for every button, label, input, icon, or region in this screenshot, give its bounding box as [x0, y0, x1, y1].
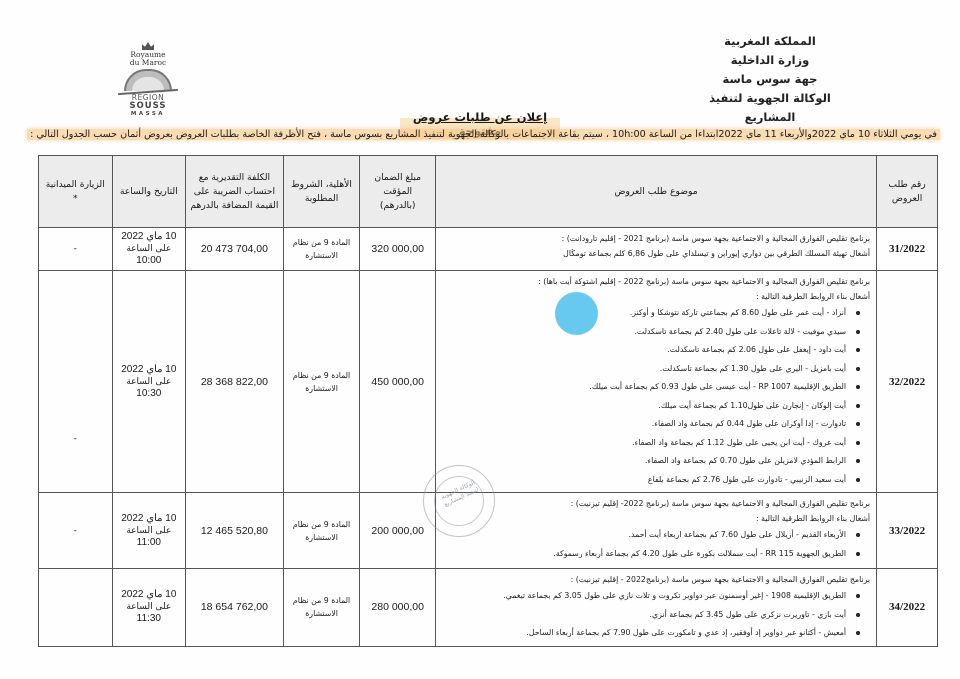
- table-row: 31/2022 برنامج تقليص الفوارق المجالية و …: [39, 228, 938, 271]
- scanned-document-page: المملكة المغربية وزارة الداخلية جهة سوس …: [0, 0, 960, 679]
- time-text: 11:30: [117, 613, 182, 625]
- visit-cell: -: [39, 271, 113, 493]
- date-text: 10 ماي 2022: [117, 364, 182, 376]
- header-line-ministry: وزارة الداخلية: [695, 51, 845, 70]
- works-line: أشغال تهيئة المسلك الطرقي بين دواري إيور…: [442, 246, 870, 261]
- header-subject: موضوع طلب العروض: [436, 156, 877, 228]
- datetime-cell: 10 ماي 2022 على الساعة 10:30: [112, 271, 186, 493]
- list-item: أنزاد - أيت عمر على طول 8.60 كم بجماعتي …: [442, 304, 864, 323]
- list-item: الأربعاء القديم - أزيلال على طول 7.60 كم…: [442, 526, 864, 545]
- road-list: الطريق الإقليمية 1908 - إغير أوسمنون عبر…: [442, 587, 870, 643]
- official-stamp: الوكالة الجهوية لتنفيذ المشاريع: [423, 465, 495, 537]
- works-line: أشغال بناء الروابط الطرقية التالية :: [442, 511, 870, 526]
- ref-cell: 32/2022: [877, 271, 938, 493]
- list-item: الطريق الإقليمية RP 1007 - أيت عيسى على …: [442, 378, 864, 397]
- visit-cell: -: [39, 228, 113, 271]
- table-row: 34/2022 برنامج تقليص الفوارق المجالية و …: [39, 569, 938, 647]
- intro-paragraph: في يومي الثلاثاء 10 ماي 2022والأربعاء 11…: [22, 127, 940, 143]
- header-eligibility: الأهلية، الشروط المطلوبة: [283, 156, 360, 228]
- date-text: 10 ماي 2022: [117, 513, 182, 525]
- header-datetime: التاريخ والساعة: [112, 156, 186, 228]
- road-list: الأربعاء القديم - أزيلال على طول 7.60 كم…: [442, 526, 870, 563]
- time-text: 10:30: [117, 388, 182, 400]
- list-item: تادوارت - إدا أوكران على طول 0.44 كم بجم…: [442, 415, 864, 434]
- ref-cell: 31/2022: [877, 228, 938, 271]
- header-visit: الزيارة الميدانية *: [39, 156, 113, 228]
- guarantee-cell: 320 000,00: [360, 228, 436, 271]
- guarantee-cell: 450 000,00: [360, 271, 436, 493]
- subject-cell: برنامج تقليص الفوارق المجالية و الاجتماع…: [436, 271, 877, 493]
- eligibility-cell: المادة 9 من نظام الاستشارة: [283, 271, 360, 493]
- eligibility-cell: المادة 9 من نظام الاستشارة: [283, 569, 360, 647]
- header-guarantee: مبلغ الضمان المؤقت (بالدرهم): [360, 156, 436, 228]
- list-item: أيت عروك - أيت ابن يحيى على طول 1.12 كم …: [442, 434, 864, 453]
- at-text: على الساعة: [117, 525, 182, 537]
- stamp-text: الوكالة الجهوية لتنفيذ المشاريع: [437, 477, 484, 510]
- list-item: الطريق الجهوية RR 115 - أيت سملالت بكورة…: [442, 545, 864, 564]
- table-row: 32/2022 برنامج تقليص الفوارق المجالية و …: [39, 271, 938, 493]
- table-header-row: رقم طلب العروض موضوع طلب العروض مبلغ الض…: [39, 156, 938, 228]
- list-item: أيت إلوكان - إنجارن على طول1.10 كم بجماع…: [442, 397, 864, 416]
- program-line: برنامج تقليص الفوارق المجالية و الاجتماع…: [442, 496, 870, 511]
- arch-icon: [124, 69, 172, 91]
- at-text: على الساعة: [117, 243, 182, 255]
- subject-cell: برنامج تقليص الفوارق المجالية و الاجتماع…: [436, 569, 877, 647]
- blue-circle-marker: [555, 292, 598, 335]
- guarantee-cell: 280 000,00: [360, 569, 436, 647]
- eligibility-cell: المادة 9 من نظام الاستشارة: [283, 493, 360, 569]
- program-line: برنامج تقليص الفوارق المجالية و الاجتماع…: [442, 274, 870, 289]
- header-cost: الكلفة التقديرية مع احتساب الضريبة على ا…: [186, 156, 284, 228]
- header-line-region: جهة سوس ماسة: [695, 70, 845, 89]
- cost-cell: 20 473 704,00: [186, 228, 284, 271]
- program-line: برنامج تقليص الفوارق المجالية و الاجتماع…: [442, 231, 870, 246]
- date-text: 10 ماي 2022: [117, 589, 182, 601]
- road-list: أنزاد - أيت عمر على طول 8.60 كم بجماعتي …: [442, 304, 870, 489]
- intro-text: في يومي الثلاثاء 10 ماي 2022والأربعاء 11…: [27, 129, 940, 140]
- region-logo: Royaume du Maroc RÉGION SOUSS MASSA: [108, 42, 188, 108]
- ref-cell: 34/2022: [877, 569, 938, 647]
- datetime-cell: 10 ماي 2022 على الساعة 10:00: [112, 228, 186, 271]
- time-text: 11:00: [117, 537, 182, 549]
- ref-cell: 33/2022: [877, 493, 938, 569]
- list-item: سيدي موفيت - لالة تاعلات على طول 2.40 كم…: [442, 323, 864, 342]
- program-line: برنامج تقليص الفوارق المجالية و الاجتماع…: [442, 572, 870, 587]
- cost-cell: 12 465 520,80: [186, 493, 284, 569]
- list-item: أيت داود - إيغفل على طول 2.06 كم بجماعة …: [442, 341, 864, 360]
- list-item: الرابط المؤدي لامزيلن على طول 0.70 كم بج…: [442, 452, 864, 471]
- datetime-cell: 10 ماي 2022 على الساعة 11:30: [112, 569, 186, 647]
- logo-kingdom-line2: du Maroc: [108, 59, 188, 67]
- header-ref: رقم طلب العروض: [877, 156, 938, 228]
- list-item: أيت بامزيل - اليري على طول 1.30 كم بجماع…: [442, 360, 864, 379]
- subject-cell: برنامج تقليص الفوارق المجالية و الاجتماع…: [436, 493, 877, 569]
- visit-cell: [39, 569, 113, 647]
- list-item: أمعيش - أكتانو عبر دواوير إد أوفقير، إد …: [442, 624, 864, 643]
- government-header: المملكة المغربية وزارة الداخلية جهة سوس …: [695, 32, 845, 127]
- cost-cell: 28 368 822,00: [186, 271, 284, 493]
- tenders-table: رقم طلب العروض موضوع طلب العروض مبلغ الض…: [38, 155, 938, 647]
- datetime-cell: 10 ماي 2022 على الساعة 11:00: [112, 493, 186, 569]
- date-text: 10 ماي 2022: [117, 231, 182, 243]
- header-line-kingdom: المملكة المغربية: [695, 32, 845, 51]
- list-item: الطريق الإقليمية 1908 - إغير أوسمنون عبر…: [442, 587, 864, 606]
- logo-souss: SOUSS: [108, 102, 188, 111]
- at-text: على الساعة: [117, 601, 182, 613]
- subject-cell: برنامج تقليص الفوارق المجالية و الاجتماع…: [436, 228, 877, 271]
- header-line-agency: الوكالة الجهوية لتنفيذ المشاريع: [695, 89, 845, 127]
- list-item: أيت بازي - تاوريرت نزكري على طول 3.45 كم…: [442, 606, 864, 625]
- at-text: على الساعة: [117, 376, 182, 388]
- works-line: أشغال بناء الروابط الطرقية التالية :: [442, 289, 870, 304]
- cost-cell: 18 654 762,00: [186, 569, 284, 647]
- time-text: 10:00: [117, 255, 182, 267]
- logo-massa: MASSA: [108, 111, 188, 118]
- crown-icon: [142, 42, 154, 50]
- list-item: أيت سعيد الزنيبي - تادوارت على طول 2.76 …: [442, 471, 864, 490]
- visit-cell: -: [39, 493, 113, 569]
- eligibility-cell: المادة 9 من نظام الاستشارة: [283, 228, 360, 271]
